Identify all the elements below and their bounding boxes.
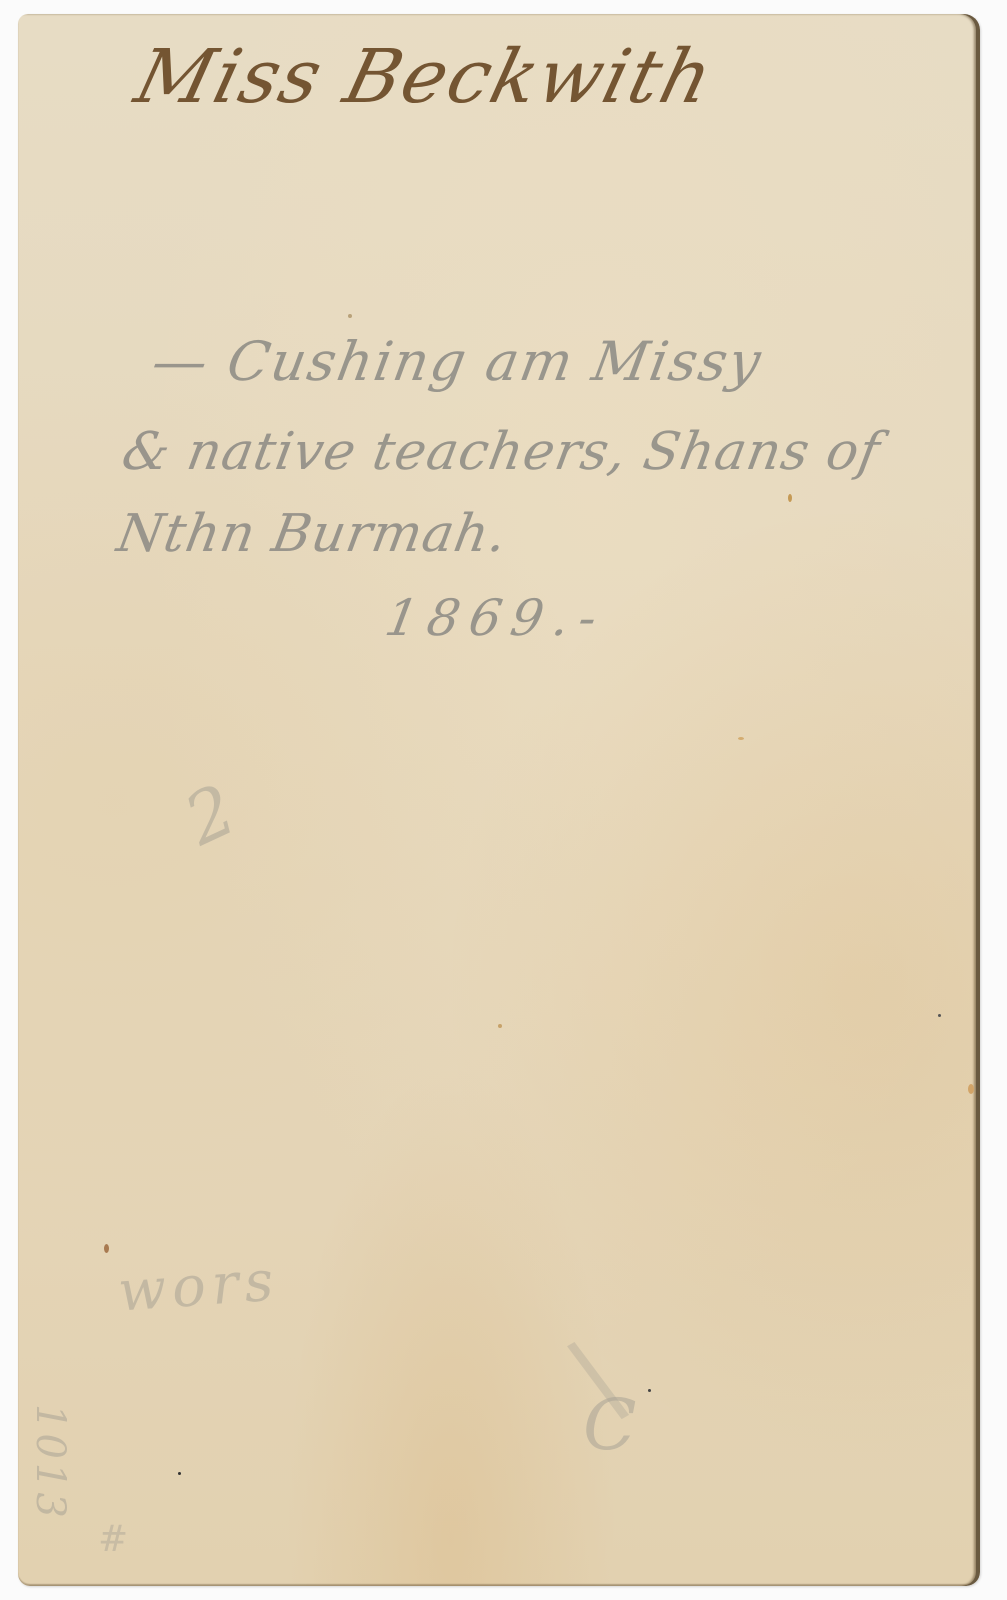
faint-pencil-mark: 2 — [173, 768, 248, 861]
pencil-inscription-line-2: & native teachers, Shans of — [118, 422, 885, 482]
faint-pencil-mark: 1013 — [27, 1404, 73, 1522]
paper-speck — [738, 737, 744, 740]
paper-speck — [788, 494, 792, 502]
paper-speck — [348, 314, 352, 318]
pencil-inscription-date: 1869.- — [381, 589, 611, 647]
scan-background: Miss Beckwith — Cushing am Missy & nativ… — [0, 0, 1007, 1600]
faint-pencil-mark: C — [583, 1384, 637, 1466]
faint-pencil-mark: # — [98, 1519, 128, 1560]
photo-card-back: Miss Beckwith — Cushing am Missy & nativ… — [18, 14, 980, 1586]
paper-speck — [104, 1244, 109, 1253]
paper-speck — [938, 1014, 941, 1017]
paper-speck — [648, 1389, 651, 1392]
pencil-inscription-line-1: — Cushing am Missy — [147, 330, 767, 393]
paper-speck — [178, 1472, 181, 1475]
ink-inscription-name: Miss Beckwith — [127, 34, 722, 120]
paper-speck — [498, 1024, 502, 1028]
paper-speck — [968, 1084, 974, 1094]
pencil-inscription-line-3: Nthn Burmah. — [113, 504, 512, 564]
faint-pencil-mark: wors — [116, 1248, 281, 1324]
